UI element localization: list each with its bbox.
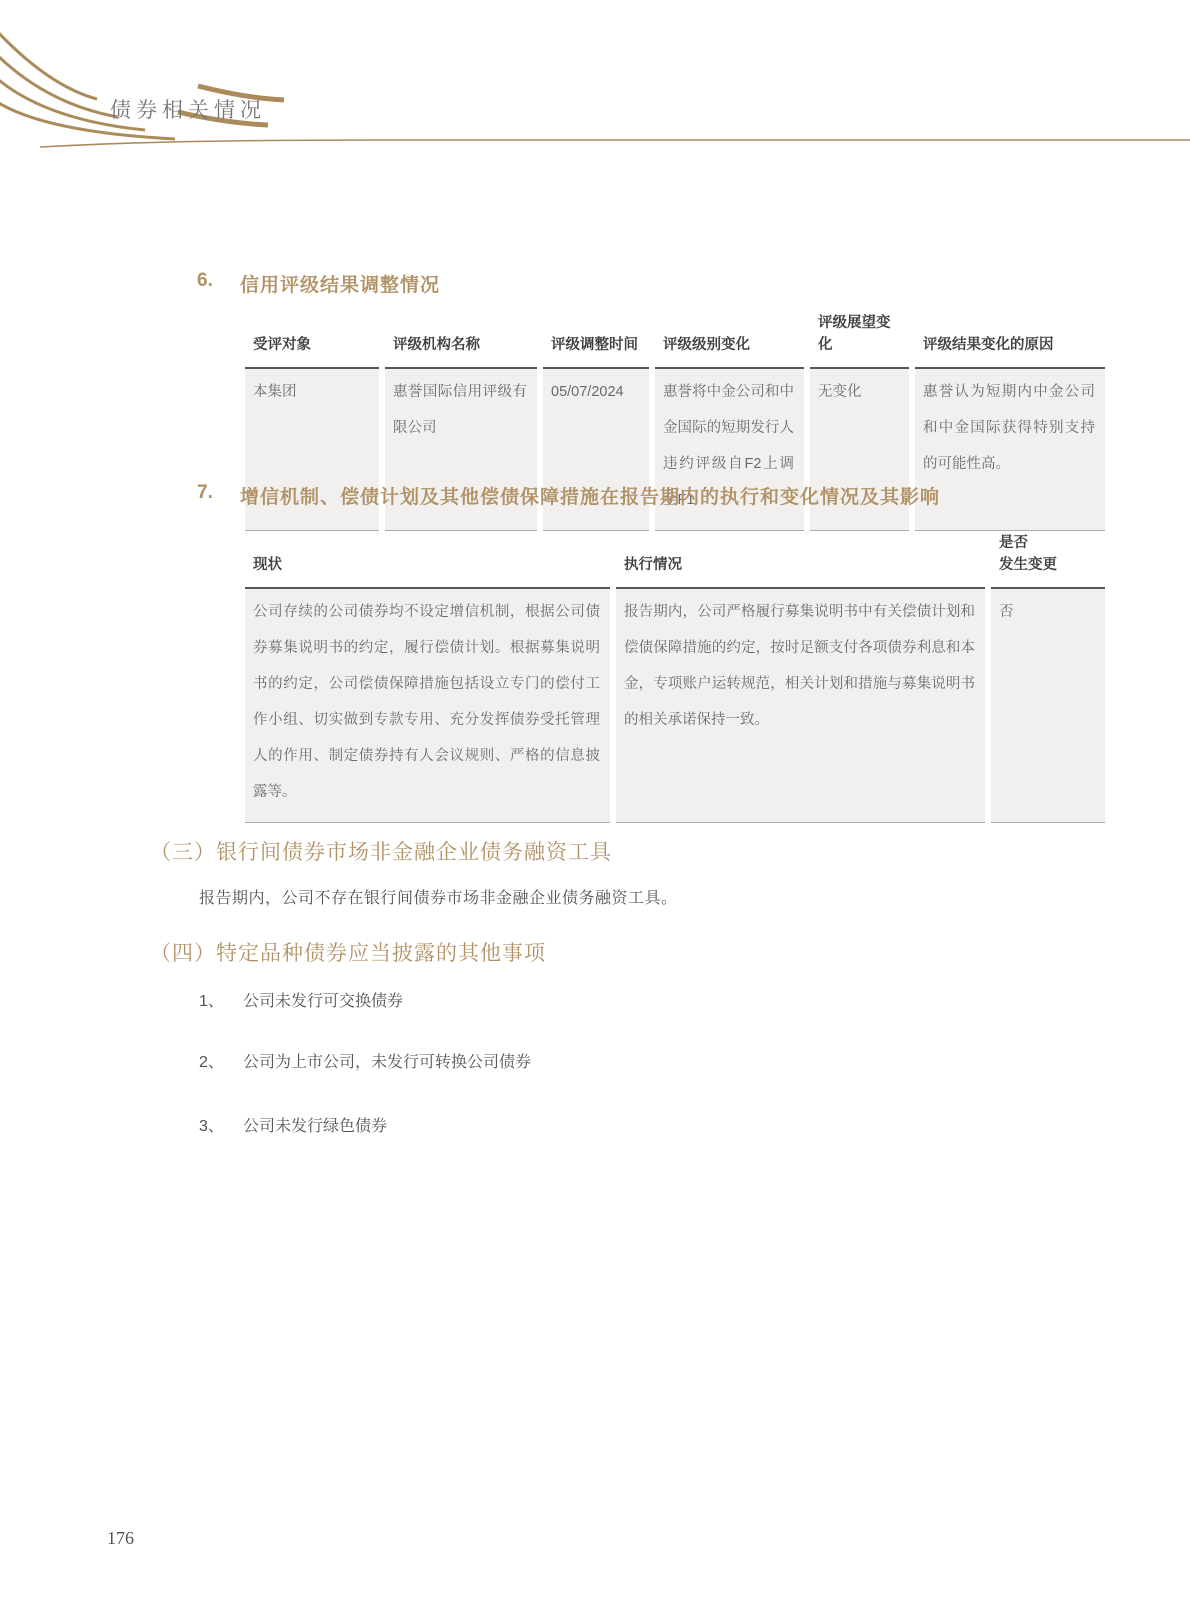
page-number: 176 <box>107 1528 134 1549</box>
list-item-2-text: 公司为上市公司，未发行可转换公司债券 <box>243 1049 531 1072</box>
section4-title: （四）特定品种债券应当披露的其他事项 <box>150 937 546 967</box>
section7-heading: 7. 增信机制、偿债计划及其他偿债保障措施在报告期内的执行和变化情况及其影响 <box>197 482 940 509</box>
list-item-1: 1、 公司未发行可交换债券 <box>199 988 403 1011</box>
col-header-outlook-change: 评级展望变化 <box>810 306 909 369</box>
col-header-rated-entity: 受评对象 <box>245 306 379 369</box>
list-item-3-text: 公司未发行绿色债券 <box>243 1113 387 1136</box>
logo-curves-icon <box>0 0 1190 165</box>
repayment-measures-table: 现状 执行情况 是否 发生变更 公司存续的公司债券均不设定增信机制，根据公司债券… <box>245 515 1105 823</box>
section3-title: （三）银行间债券市场非金融企业债务融资工具 <box>150 836 612 866</box>
report-page: 债券相关情况 6. 信用评级结果调整情况 受评对象 评级机构名称 评级调整时间 … <box>0 0 1190 1615</box>
section3-body: 报告期内，公司不存在银行间债券市场非金融企业债务融资工具。 <box>199 885 678 908</box>
col-header-execution: 执行情况 <box>616 515 985 589</box>
col-header-agency-name: 评级机构名称 <box>385 306 537 369</box>
col-header-level-change: 评级级别变化 <box>655 306 804 369</box>
list-item-1-number: 1、 <box>199 988 243 1011</box>
cell-change-reason: 惠誉认为短期内中金公司和中金国际获得特别支持的可能性高。 <box>915 369 1105 531</box>
section7-number: 7. <box>197 482 240 509</box>
section6-number: 6. <box>197 270 240 297</box>
col-header-change-reason: 评级结果变化的原因 <box>915 306 1105 369</box>
col-header-changed: 是否 发生变更 <box>991 515 1105 589</box>
section7-title: 增信机制、偿债计划及其他偿债保障措施在报告期内的执行和变化情况及其影响 <box>240 482 940 509</box>
list-item-2-number: 2、 <box>199 1049 243 1072</box>
page-title: 债券相关情况 <box>110 94 266 124</box>
section6-heading: 6. 信用评级结果调整情况 <box>197 270 440 297</box>
cell-execution: 报告期内，公司严格履行募集说明书中有关偿债计划和偿债保障措施的约定，按时足额支付… <box>616 589 985 823</box>
list-item-2: 2、 公司为上市公司，未发行可转换公司债券 <box>199 1049 531 1072</box>
list-item-3-number: 3、 <box>199 1113 243 1136</box>
cell-changed: 否 <box>991 589 1105 823</box>
list-item-1-text: 公司未发行可交换债券 <box>243 988 403 1011</box>
list-item-3: 3、 公司未发行绿色债券 <box>199 1113 387 1136</box>
col-header-status: 现状 <box>245 515 610 589</box>
cell-status: 公司存续的公司债券均不设定增信机制，根据公司债券募集说明书的约定，履行偿债计划。… <box>245 589 610 823</box>
section6-title: 信用评级结果调整情况 <box>240 270 440 297</box>
col-header-adjust-date: 评级调整时间 <box>543 306 649 369</box>
